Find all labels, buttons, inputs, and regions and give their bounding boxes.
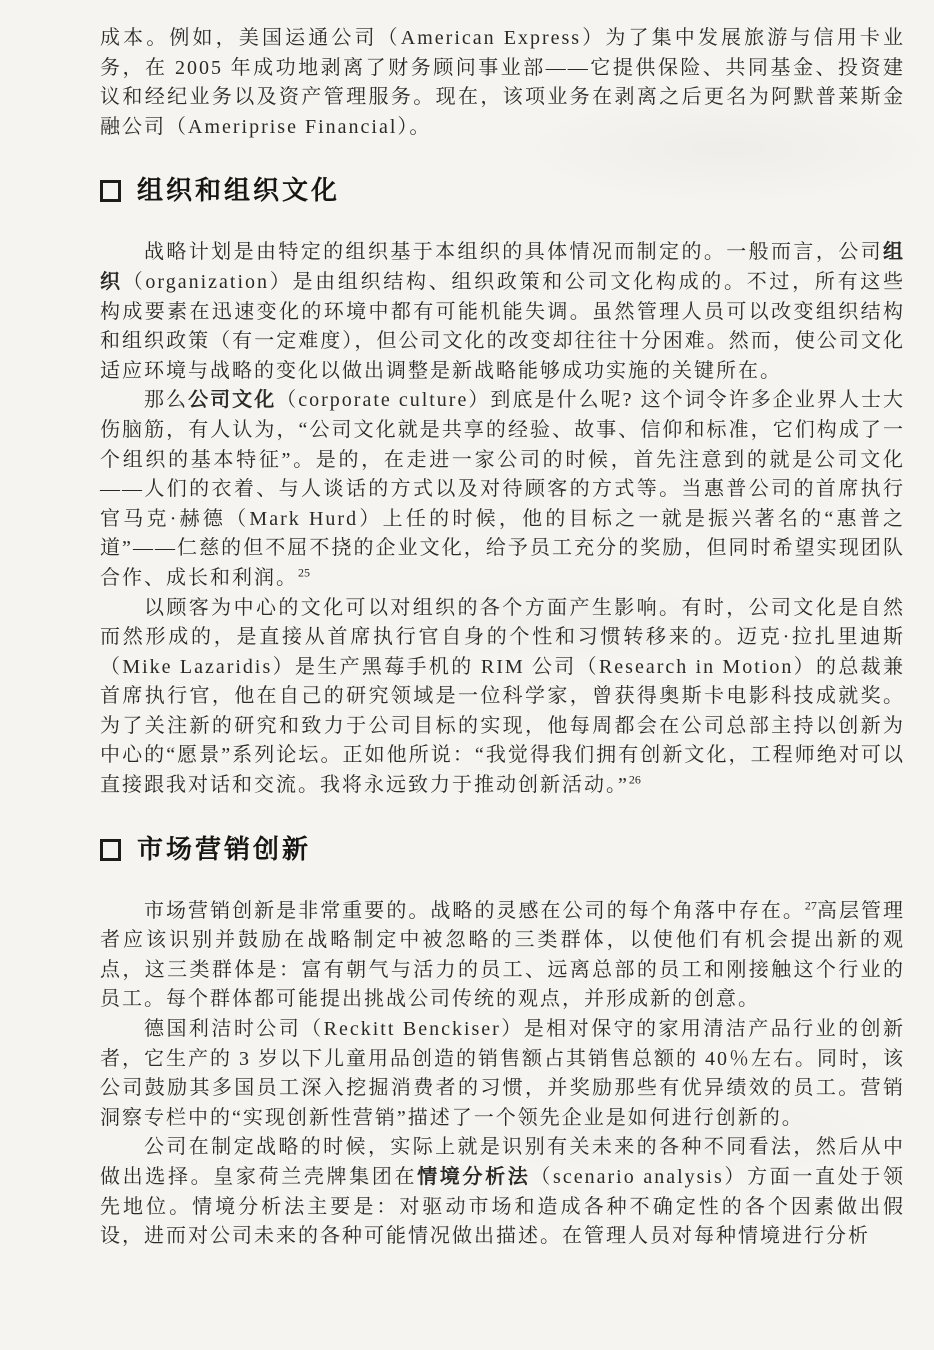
text-run: 以顾客为中心的文化可以对组织的各个方面产生影响。有时，公司文化是自然而然形成的，… [100, 597, 905, 797]
paragraph: 德国利洁时公司（Reckitt Benckiser）是相对保守的家用清洁产品行业… [100, 1015, 905, 1133]
bold-term: 公司文化 [188, 389, 276, 411]
section-heading-text: 市场营销创新 [137, 834, 311, 866]
hollow-square-bullet-icon [100, 180, 121, 202]
paragraph: 市场营销创新是非常重要的。战略的灵感在公司的每个角落中存在。27高层管理者应该识… [100, 897, 905, 1015]
text-run: 成本。例如，美国运通公司（American Express）为了集中发展旅游与信… [100, 27, 905, 138]
section-heading: 市场营销创新 [100, 834, 905, 866]
paragraph: 公司在制定战略的时候，实际上就是识别有关未来的各种不同看法，然后从中做出选择。皇… [100, 1133, 905, 1251]
text-run: （corporate culture）到底是什么呢? 这个词令许多企业界人士大伤… [100, 389, 905, 589]
bold-term: 情境分析法 [417, 1166, 530, 1188]
paragraph-group: 市场营销创新是非常重要的。战略的灵感在公司的每个角落中存在。27高层管理者应该识… [100, 897, 905, 1252]
section-marketing-innovation: 市场营销创新 市场营销创新是非常重要的。战略的灵感在公司的每个角落中存在。27高… [100, 834, 905, 1252]
footnote-ref: 25 [298, 565, 310, 579]
continuation-paragraph: 成本。例如，美国运通公司（American Express）为了集中发展旅游与信… [100, 24, 905, 142]
section-heading: 组织和组织文化 [100, 175, 905, 207]
text-run: 德国利洁时公司（Reckitt Benckiser）是相对保守的家用清洁产品行业… [100, 1018, 905, 1129]
footnote-ref: 27 [805, 898, 817, 912]
hollow-square-bullet-icon [100, 839, 121, 861]
paragraph: 战略计划是由特定的组织基于本组织的具体情况而制定的。一般而言，公司组织（orga… [100, 238, 905, 386]
section-heading-text: 组织和组织文化 [137, 175, 340, 207]
text-run: （organization）是由组织结构、组织政策和公司文化构成的。不过，所有这… [100, 271, 905, 382]
text-run: 市场营销创新是非常重要的。战略的灵感在公司的每个角落中存在。 [144, 900, 805, 922]
section-organization-and-culture: 组织和组织文化 战略计划是由特定的组织基于本组织的具体情况而制定的。一般而言，公… [100, 175, 905, 800]
book-page: 成本。例如，美国运通公司（American Express）为了集中发展旅游与信… [0, 0, 934, 1350]
text-run: 那么 [144, 389, 188, 411]
paragraph-group: 战略计划是由特定的组织基于本组织的具体情况而制定的。一般而言，公司组织（orga… [100, 238, 905, 800]
text-run: 战略计划是由特定的组织基于本组织的具体情况而制定的。一般而言，公司 [144, 241, 883, 263]
paragraph: 那么公司文化（corporate culture）到底是什么呢? 这个词令许多企… [100, 386, 905, 593]
footnote-ref: 26 [629, 772, 641, 786]
paragraph: 以顾客为中心的文化可以对组织的各个方面产生影响。有时，公司文化是自然而然形成的，… [100, 594, 905, 801]
